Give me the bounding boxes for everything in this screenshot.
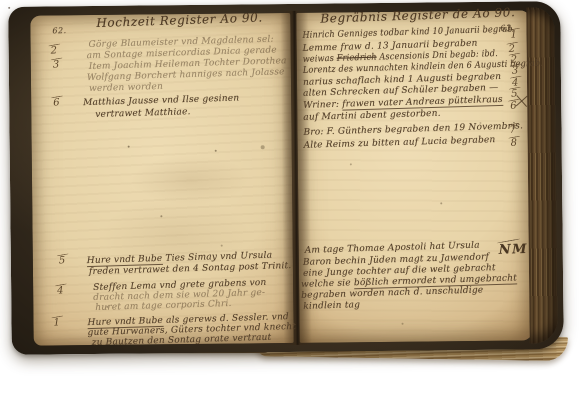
margin-number: 5 xyxy=(59,255,66,266)
crossed-out-x-mark xyxy=(515,94,529,108)
margin-number: 8 xyxy=(510,138,517,149)
fore-edge-page-stack xyxy=(526,7,558,343)
margin-number: 1 xyxy=(510,30,517,41)
margin-note-nm: NM xyxy=(499,245,529,256)
manuscript-line: kindlein tag xyxy=(303,300,360,312)
line-text: welche sie xyxy=(301,278,354,290)
left-margin-mark: 3 xyxy=(53,58,64,70)
margin-number: 7 xyxy=(509,125,516,136)
left-margin-mark: 5 xyxy=(59,254,70,266)
margin-number: 6 xyxy=(53,97,60,108)
right-margin-mark: 7 xyxy=(509,123,520,135)
left-margin-mark: 4 xyxy=(57,284,68,296)
margin-number: 1 xyxy=(53,317,60,328)
left-page-number: 62. xyxy=(52,26,67,36)
paper-speckles xyxy=(8,7,10,9)
left-margin-mark: 6 xyxy=(53,96,64,108)
margin-number: 2 xyxy=(50,45,57,56)
left-margin-mark: 1 xyxy=(53,316,64,328)
margin-number: 4 xyxy=(57,285,64,296)
margin-number: 3 xyxy=(53,59,60,70)
right-margin-mark: 1 xyxy=(510,28,521,40)
margin-number: 3 xyxy=(512,66,519,77)
line-text: weiwas xyxy=(303,54,337,65)
line-text: Wriner: xyxy=(303,100,342,111)
photo-of-open-manuscript-book: 62. Hochzeit Register Ao 90. 2 3 6 Görge… xyxy=(0,0,580,397)
left-margin-mark: 2 xyxy=(50,44,61,56)
open-book: 62. Hochzeit Register Ao 90. 2 3 6 Görge… xyxy=(8,1,564,355)
right-margin-mark: 8 xyxy=(510,136,521,148)
struck-word: Friedrich xyxy=(337,53,377,64)
